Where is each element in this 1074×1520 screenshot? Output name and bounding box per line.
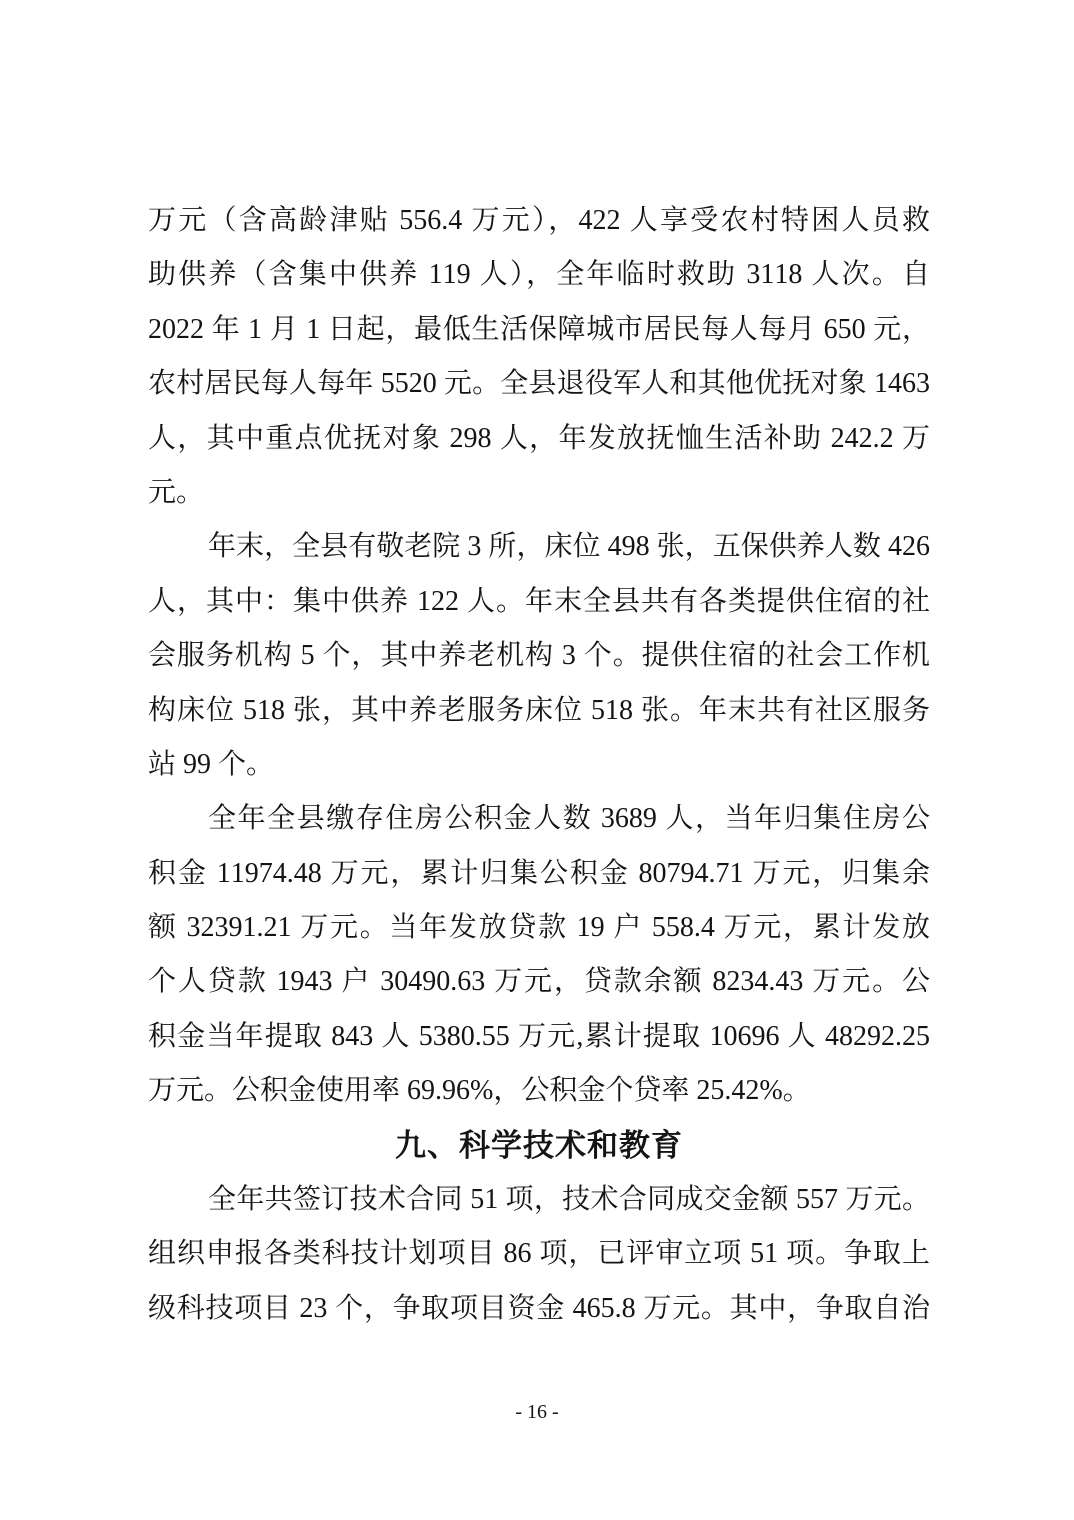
text-column: 万元（含高龄津贴 556.4 万元），422 人享受农村特困人员救助供养（含集中… <box>148 194 930 1336</box>
text-line: 会服务机构 5 个，其中养老机构 3 个。提供住宿的社会工作机 <box>148 629 930 683</box>
text-line: 万元（含高龄津贴 556.4 万元），422 人享受农村特困人员救 <box>148 194 930 248</box>
text-line: 站 99 个。 <box>148 738 930 792</box>
text-line: 积金当年提取 843 人 5380.55 万元,累计提取 10696 人 482… <box>148 1010 930 1064</box>
text-line: 农村居民每人每年 5520 元。全县退役军人和其他优抚对象 1463 <box>148 357 930 411</box>
text-line: 人，其中重点优抚对象 298 人，年发放抚恤生活补助 242.2 万 <box>148 412 930 466</box>
text-line: 全年共签订技术合同 51 项，技术合同成交金额 557 万元。 <box>148 1173 930 1227</box>
text-line: 人，其中：集中供养 122 人。年末全县共有各类提供住宿的社 <box>148 575 930 629</box>
text-line: 全年全县缴存住房公积金人数 3689 人，当年归集住房公 <box>148 792 930 846</box>
section-heading: 九、科学技术和教育 <box>148 1119 930 1173</box>
document-page: 万元（含高龄津贴 556.4 万元），422 人享受农村特困人员救助供养（含集中… <box>0 0 1074 1520</box>
text-line: 个人贷款 1943 户 30490.63 万元，贷款余额 8234.43 万元。… <box>148 955 930 1009</box>
text-line: 组织申报各类科技计划项目 86 项，已评审立项 51 项。争取上 <box>148 1227 930 1281</box>
text-line: 积金 11974.48 万元，累计归集公积金 80794.71 万元，归集余 <box>148 847 930 901</box>
text-line: 构床位 518 张，其中养老服务床位 518 张。年末共有社区服务 <box>148 684 930 738</box>
text-line: 额 32391.21 万元。当年发放贷款 19 户 558.4 万元，累计发放 <box>148 901 930 955</box>
text-line: 万元。公积金使用率 69.96%，公积金个贷率 25.42%。 <box>148 1064 930 1118</box>
text-line: 助供养（含集中供养 119 人），全年临时救助 3118 人次。自 <box>148 248 930 302</box>
text-line: 级科技项目 23 个，争取项目资金 465.8 万元。其中，争取自治 <box>148 1282 930 1336</box>
text-line: 年末，全县有敬老院 3 所，床位 498 张，五保供养人数 426 <box>148 520 930 574</box>
page-number: - 16 - <box>0 1398 1074 1426</box>
text-line: 2022 年 1 月 1 日起，最低生活保障城市居民每人每月 650 元， <box>148 303 930 357</box>
text-line: 元。 <box>148 466 930 520</box>
